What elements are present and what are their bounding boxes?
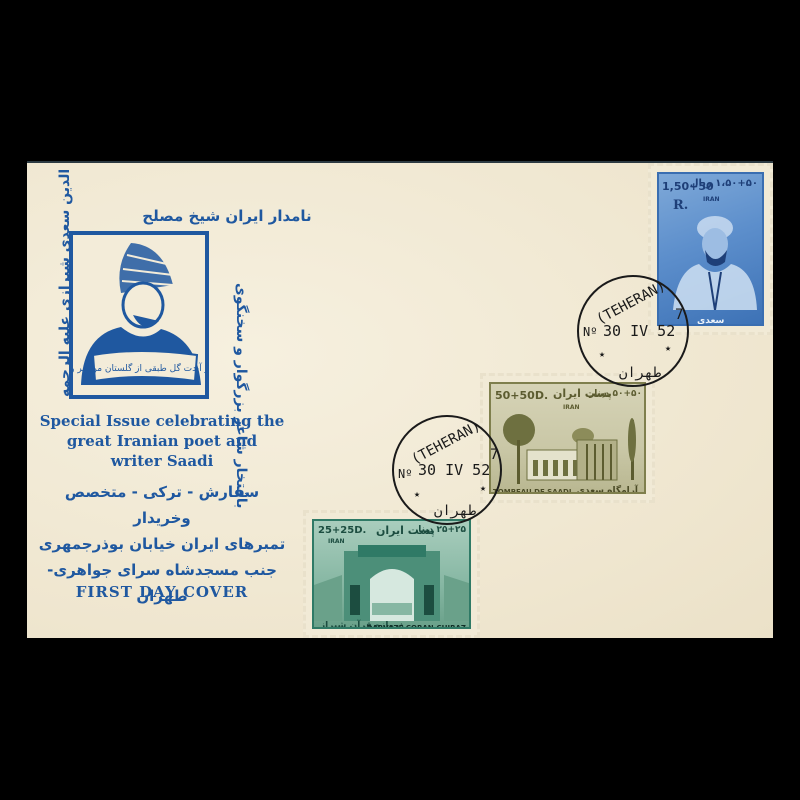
caption-line: writer Saadi [37,451,287,471]
postmark-teheran-2: (TEHERAN) Nº 30 IV 52 7 ★ ★ طهران [392,415,502,525]
stamp-caption-persian: آرامگاه سعدی [577,486,638,494]
postmark-suffix: 7 [490,447,498,463]
first-day-cover-title: FIRST DAY COVER [37,583,287,601]
star-icon: ★ [414,489,420,500]
star-icon: ★ [480,483,486,494]
stamp-caption: DARVAZÉ CORAN-CHIRAZ [367,624,466,629]
tomb-building-icon [491,410,646,486]
stamp-tomb-of-saadi: 50+50D. پست ایران ۵۰+۵۰ دینار IRAN TOMBE… [480,373,655,503]
stamp-value-persian: ۱،۵۰+۵۰ ریال [690,178,758,189]
stamp-caption: TOMBEAU DE SAADI [493,488,571,494]
stamp-value-persian: ۵۰+۵۰ دینار [589,389,642,399]
caption-line: great Iranian poet and [37,431,287,451]
quran-gate-icon [314,545,471,621]
postmark-number: Nº [583,325,597,339]
stamp-country: IRAN [328,538,345,545]
stamp-caption: SAADI [689,325,720,326]
stamp-value: 25+25D. [318,525,366,536]
stamp-country: IRAN [703,196,720,203]
cachet-right-text: بافتخار شاعر بزرگوار و سخنگوی [233,283,249,508]
saadi-portrait-icon: بچه کار آیدت گل طبقی از گلستان من ببر ور… [73,235,205,395]
address-line: سفارش - ترکی - متخصص وخریدار [37,479,287,531]
postmark-city: (TEHERAN) [594,278,668,328]
star-icon: ★ [599,349,605,360]
postmark-date: 30 IV 52 [603,322,675,340]
cachet-top-text: نامدار ایران شیخ مصلح [127,207,327,225]
stamp-value-persian: ۲۵+۲۵ دینار [413,525,466,535]
stamp-value: 50+50D. [495,389,548,402]
star-icon: ★ [665,343,671,354]
stamp-caption-persian: سعدی [697,316,724,326]
caption-line: Special Issue celebrating the [37,411,287,431]
postmark-city-persian: طهران [434,503,476,519]
saadi-figure-icon [669,210,759,310]
svg-text:بچه کار آیدت گل طبقی از گلستان: بچه کار آیدت گل طبقی از گلستان من ببر ور… [73,362,205,374]
address-line: تمبرهای ایران خیابان بوذرجمهری [37,531,287,557]
postmark-city-persian: طهران [619,365,661,381]
saadi-portrait: بچه کار آیدت گل طبقی از گلستان من ببر ور… [69,231,209,399]
postmark-date: 30 IV 52 [418,461,490,479]
postmark-teheran-1: (TEHERAN) Nº 30 IV 52 7 ★ ★ طهران [577,275,689,387]
stamp-quran-gate: 25+25D. IRAN پست ایران ۲۵+۲۵ دینار درواز… [303,510,480,638]
cachet-caption: Special Issue celebrating the great Iran… [37,411,287,471]
postmark-number: Nº [398,467,412,481]
postmark-suffix: 7 [675,307,683,323]
stamp-design: 25+25D. IRAN پست ایران ۲۵+۲۵ دینار درواز… [312,519,471,629]
stamp-design: 50+50D. پست ایران ۵۰+۵۰ دینار IRAN TOMBE… [489,382,646,494]
